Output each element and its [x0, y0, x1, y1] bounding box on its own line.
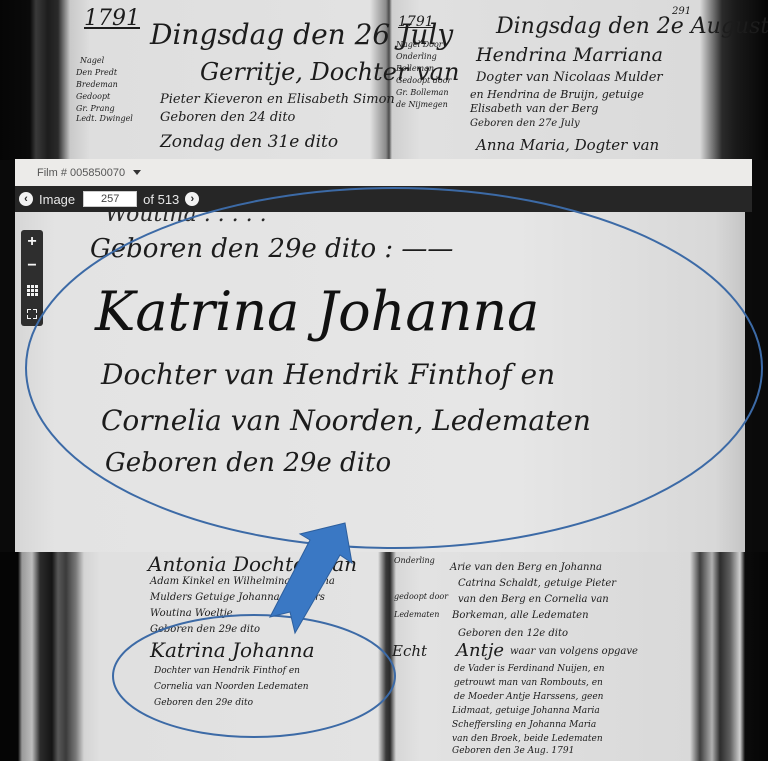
entry-line: Elisabeth van der Berg — [470, 102, 598, 115]
image-navigation-bar: ‹ Image of 513 › — [15, 186, 752, 212]
entry-line: de Vader is Ferdinand Nuijen, en — [454, 664, 605, 674]
zoom-in-button[interactable]: + — [21, 230, 43, 254]
scan-top-page: 1791 Dingsdag den 26 July Nagel Den Pred… — [0, 0, 768, 160]
entry-line: van den Broek, beide Ledematen — [452, 734, 603, 744]
grid-view-button[interactable] — [21, 278, 43, 302]
entry-line: Zondag den 31e dito — [160, 132, 338, 152]
record-text: Dochter van Hendrik Finthof en — [101, 358, 555, 391]
year-left: 1791 — [84, 6, 140, 31]
record-text: Woutina . . . . . — [105, 212, 267, 227]
margin-note: Onderling — [396, 52, 437, 61]
margin-label: Echt — [392, 642, 427, 660]
entry-line: Woutina Woeltje — [150, 608, 233, 619]
entry-line: Geboren den 3e Aug. 1791 — [452, 746, 574, 756]
image-viewer: Film # 005850070 ‹ Image of 513 › Woutin… — [15, 159, 752, 552]
margin-note: gedoopt door — [394, 592, 448, 601]
entry-line: Catrina Schaldt, getuige Pieter — [458, 578, 616, 589]
entry-line: Geboren den 12e dito — [458, 628, 568, 639]
margin-note: Gr. Prang — [76, 104, 115, 113]
margin-note: Bolleman — [396, 64, 434, 73]
fullscreen-icon — [27, 309, 37, 319]
entry-line: Adam Kinkel en Wilhelmina Johanna — [150, 576, 335, 587]
record-text: Geboren den 29e dito — [105, 448, 391, 478]
margin-note: Ledt. Dwingel — [76, 114, 133, 123]
grid-view-icon — [27, 285, 38, 296]
margin-note: Nagel — [80, 56, 104, 65]
margin-note: Onderling — [394, 556, 435, 565]
entry-line: Scheffersling en Johanna Maria — [452, 720, 596, 730]
zoom-controls: + − — [21, 230, 43, 326]
heading-right: Dingsdag den 2e Augustus — [496, 14, 768, 39]
entry-name: Antonia Dochter van — [148, 552, 357, 576]
year-right: 1791 — [398, 14, 434, 30]
chevron-down-icon[interactable] — [133, 170, 141, 175]
entry-name-highlighted: Katrina Johanna — [150, 638, 315, 662]
zoomed-image-canvas[interactable]: Woutina . . . . . Geboren den 29e dito :… — [15, 212, 745, 552]
fullscreen-button[interactable] — [21, 302, 43, 326]
margin-note: Den Predt — [76, 68, 117, 77]
entry-line: Dogter van Nicolaas Mulder — [476, 70, 663, 85]
image-number-input[interactable] — [83, 191, 137, 207]
margin-note: de Nijmegen — [396, 100, 448, 109]
film-bar: Film # 005850070 — [15, 159, 752, 187]
entry-name: Hendrina Marriana — [476, 44, 663, 66]
margin-note: Gedoopt door — [396, 76, 451, 85]
image-total-label: of 513 — [143, 192, 179, 207]
margin-note: Gr. Bolleman — [396, 88, 448, 97]
entry-line: en Hendrina de Bruijn, getuige — [470, 88, 644, 101]
entry-line: Geboren den 29e dito — [150, 624, 260, 635]
entry-line: Arie van den Berg en Johanna — [450, 562, 602, 573]
entry-line: Mulders Getuige Johanna Mulders — [150, 592, 325, 603]
record-text: Geboren den 29e dito : —— — [90, 234, 453, 264]
entry-name: Antje — [456, 640, 504, 661]
chevron-left-icon[interactable]: ‹ — [19, 192, 33, 206]
entry-line: waar van volgens opgave — [510, 646, 638, 657]
entry-line: Pieter Kieveron en Elisabeth Simon — [160, 92, 395, 107]
entry-line: Geboren den 29e dito — [154, 698, 253, 708]
margin-note: Gedoopt — [76, 92, 110, 101]
image-label: Image — [39, 192, 75, 207]
zoom-out-button[interactable]: − — [21, 254, 43, 278]
margin-note: Ledematen — [394, 610, 439, 619]
entry-line: Anna Maria, Dogter van — [476, 136, 659, 154]
entry-line: Geboren den 24 dito — [160, 110, 295, 125]
record-text: Cornelia van Noorden, Ledematen — [101, 404, 591, 437]
entry-line: Borkeman, alle Ledematen — [452, 610, 589, 621]
entry-line: de Moeder Antje Harssens, geen — [454, 692, 603, 702]
margin-note: Bredeman — [76, 80, 118, 89]
margin-note: Nagel Door — [396, 40, 443, 49]
entry-line: Cornelia van Noorden Ledematen — [154, 682, 309, 692]
film-number-label[interactable]: Film # 005850070 — [37, 167, 125, 179]
entry-line: Geboren den 27e July — [470, 118, 580, 129]
entry-line: Lidmaat, getuige Johanna Maria — [452, 706, 600, 716]
record-name: Katrina Johanna — [95, 280, 539, 343]
entry-line: van den Berg en Cornelia van — [458, 594, 609, 605]
entry-line: getrouwt man van Rombouts, en — [454, 678, 603, 688]
entry-line: Dochter van Hendrik Finthof en — [154, 666, 300, 676]
chevron-right-icon[interactable]: › — [185, 192, 199, 206]
scan-bottom-page: Antonia Dochter van Adam Kinkel en Wilhe… — [0, 552, 768, 761]
canvas-edge — [745, 212, 752, 552]
